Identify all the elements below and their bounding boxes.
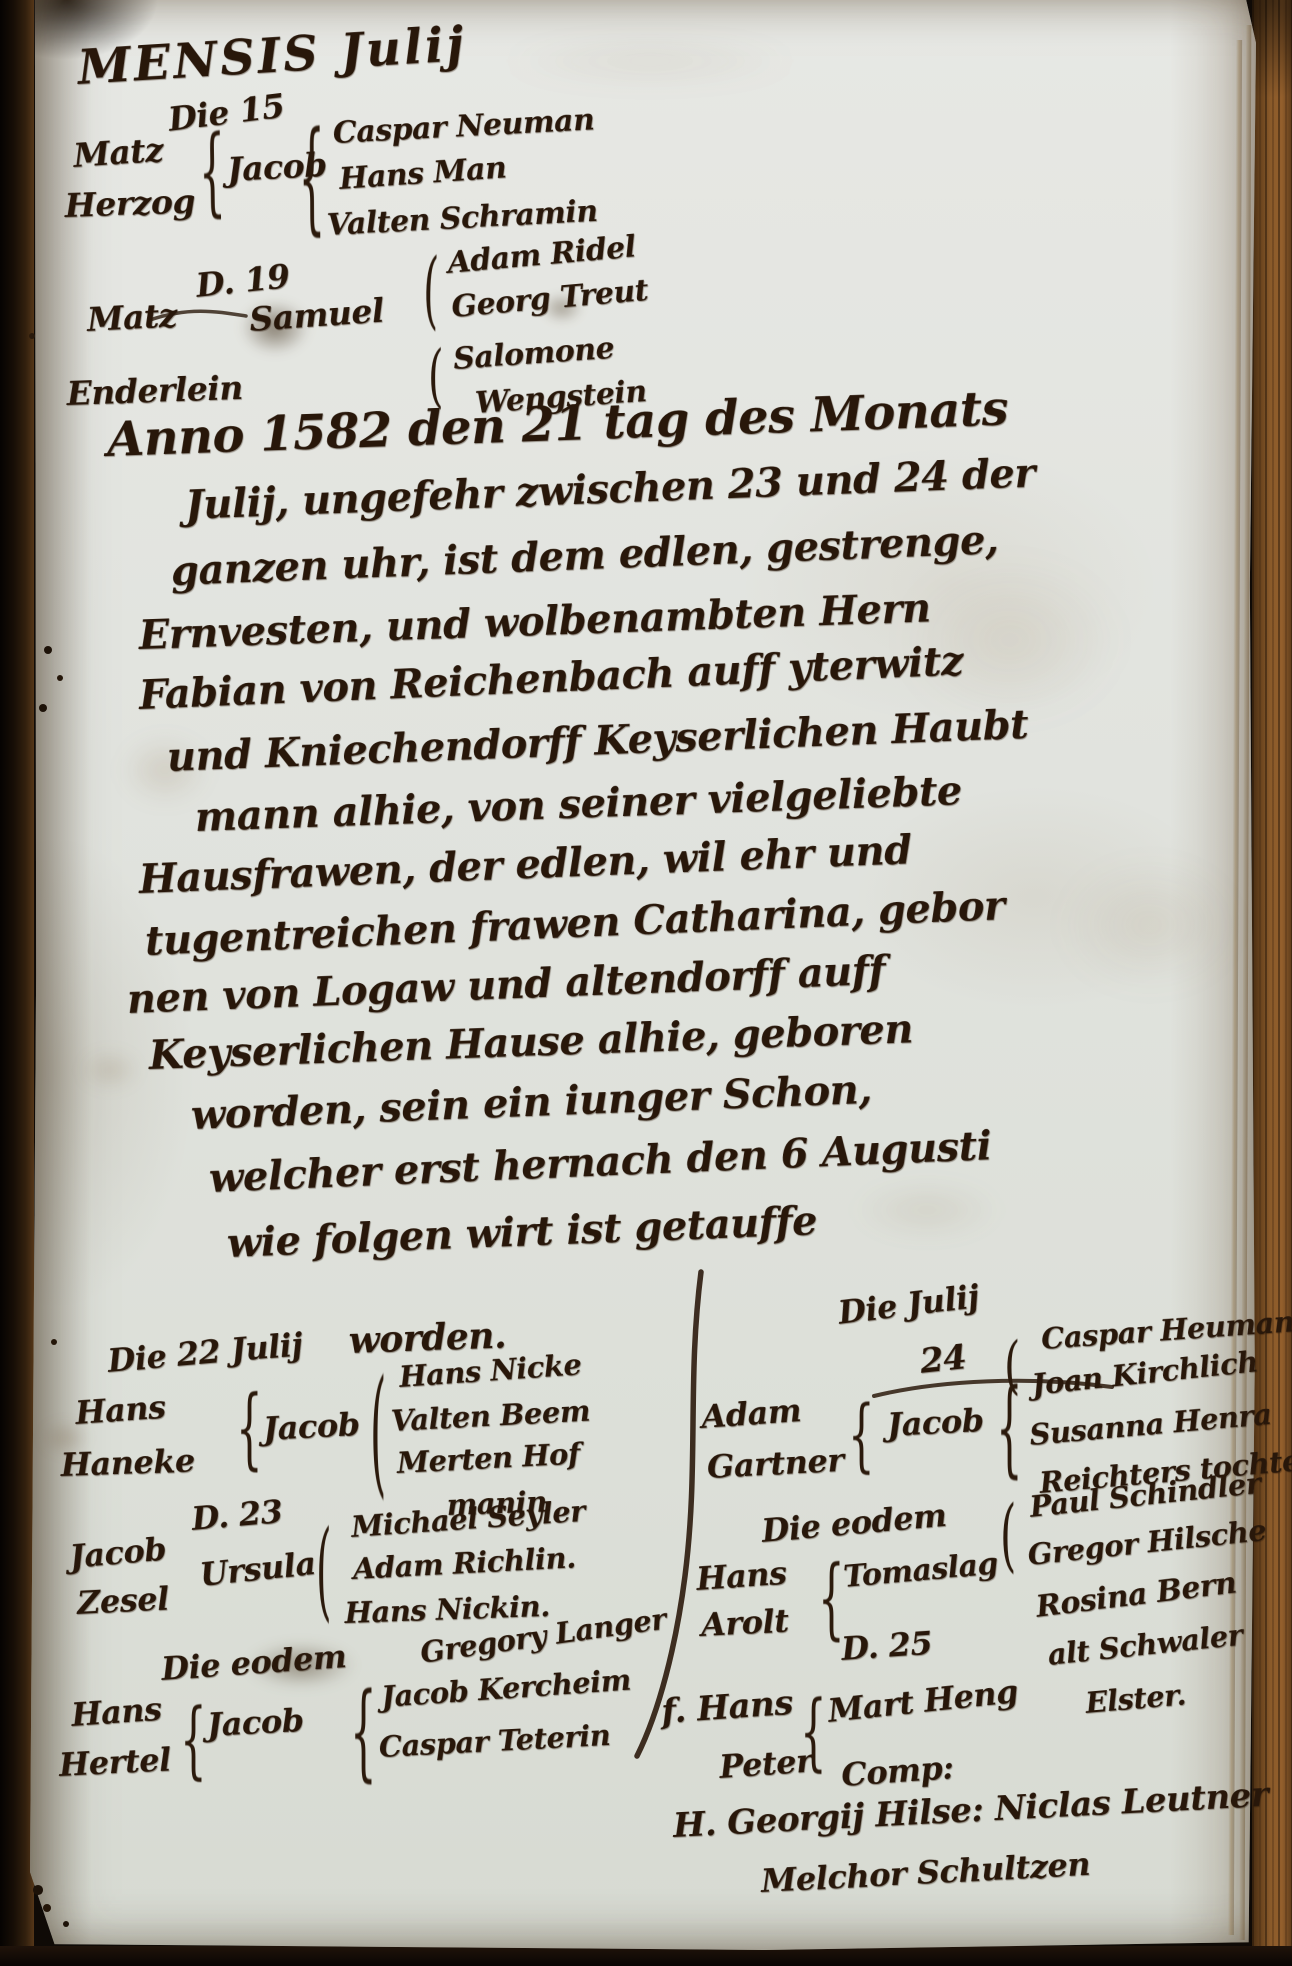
grouping-brace: {: [996, 1366, 1023, 1489]
wood-border-right: [1252, 0, 1292, 1966]
parent-name: Herzog: [64, 181, 196, 225]
parent-name: Hans: [74, 1388, 167, 1432]
child-name: Jacob: [262, 1405, 360, 1448]
entry-day: 24: [918, 1337, 968, 1382]
parent-name: Gartner: [706, 1441, 844, 1486]
grouping-brace: {: [198, 114, 226, 229]
grouping-paren: (: [1000, 1488, 1016, 1581]
parent-name: Hans: [695, 1554, 788, 1598]
parent-name: Haneke: [60, 1441, 195, 1484]
entry-date: D. 23: [190, 1492, 284, 1538]
child-name: Jacob: [886, 1401, 984, 1444]
grouping-paren: (: [422, 242, 439, 340]
grouping-brace: {: [236, 1376, 263, 1479]
parent-name: Enderlein: [66, 368, 243, 413]
parent-name: Hans: [70, 1690, 163, 1734]
entry-day: D. 25: [840, 1624, 933, 1668]
wood-border-left: [0, 0, 34, 1966]
parent-name: Matz: [72, 130, 164, 175]
parent-name: Arolt: [700, 1601, 789, 1644]
grouping-paren: (: [370, 1350, 386, 1512]
parent-name: Adam: [700, 1391, 802, 1436]
parent-name: Matz: [86, 295, 178, 339]
grouping-brace: {: [350, 1670, 377, 1793]
manuscript-page-scan: MENSIS Julij Die 15 Matz Herzog { Jacob …: [0, 0, 1292, 1966]
grouping-brace: {: [298, 105, 326, 248]
parent-name: Zesel: [76, 1579, 170, 1622]
parent-name: Hertel: [58, 1740, 172, 1784]
grouping-paren: (: [316, 1510, 332, 1634]
grouping-brace: {: [180, 1690, 207, 1788]
grouping-brace: {: [800, 1682, 827, 1780]
grouping-brace: {: [848, 1388, 875, 1481]
child-name: Comp:: [840, 1748, 955, 1794]
child-name: Jacob: [206, 1701, 304, 1744]
